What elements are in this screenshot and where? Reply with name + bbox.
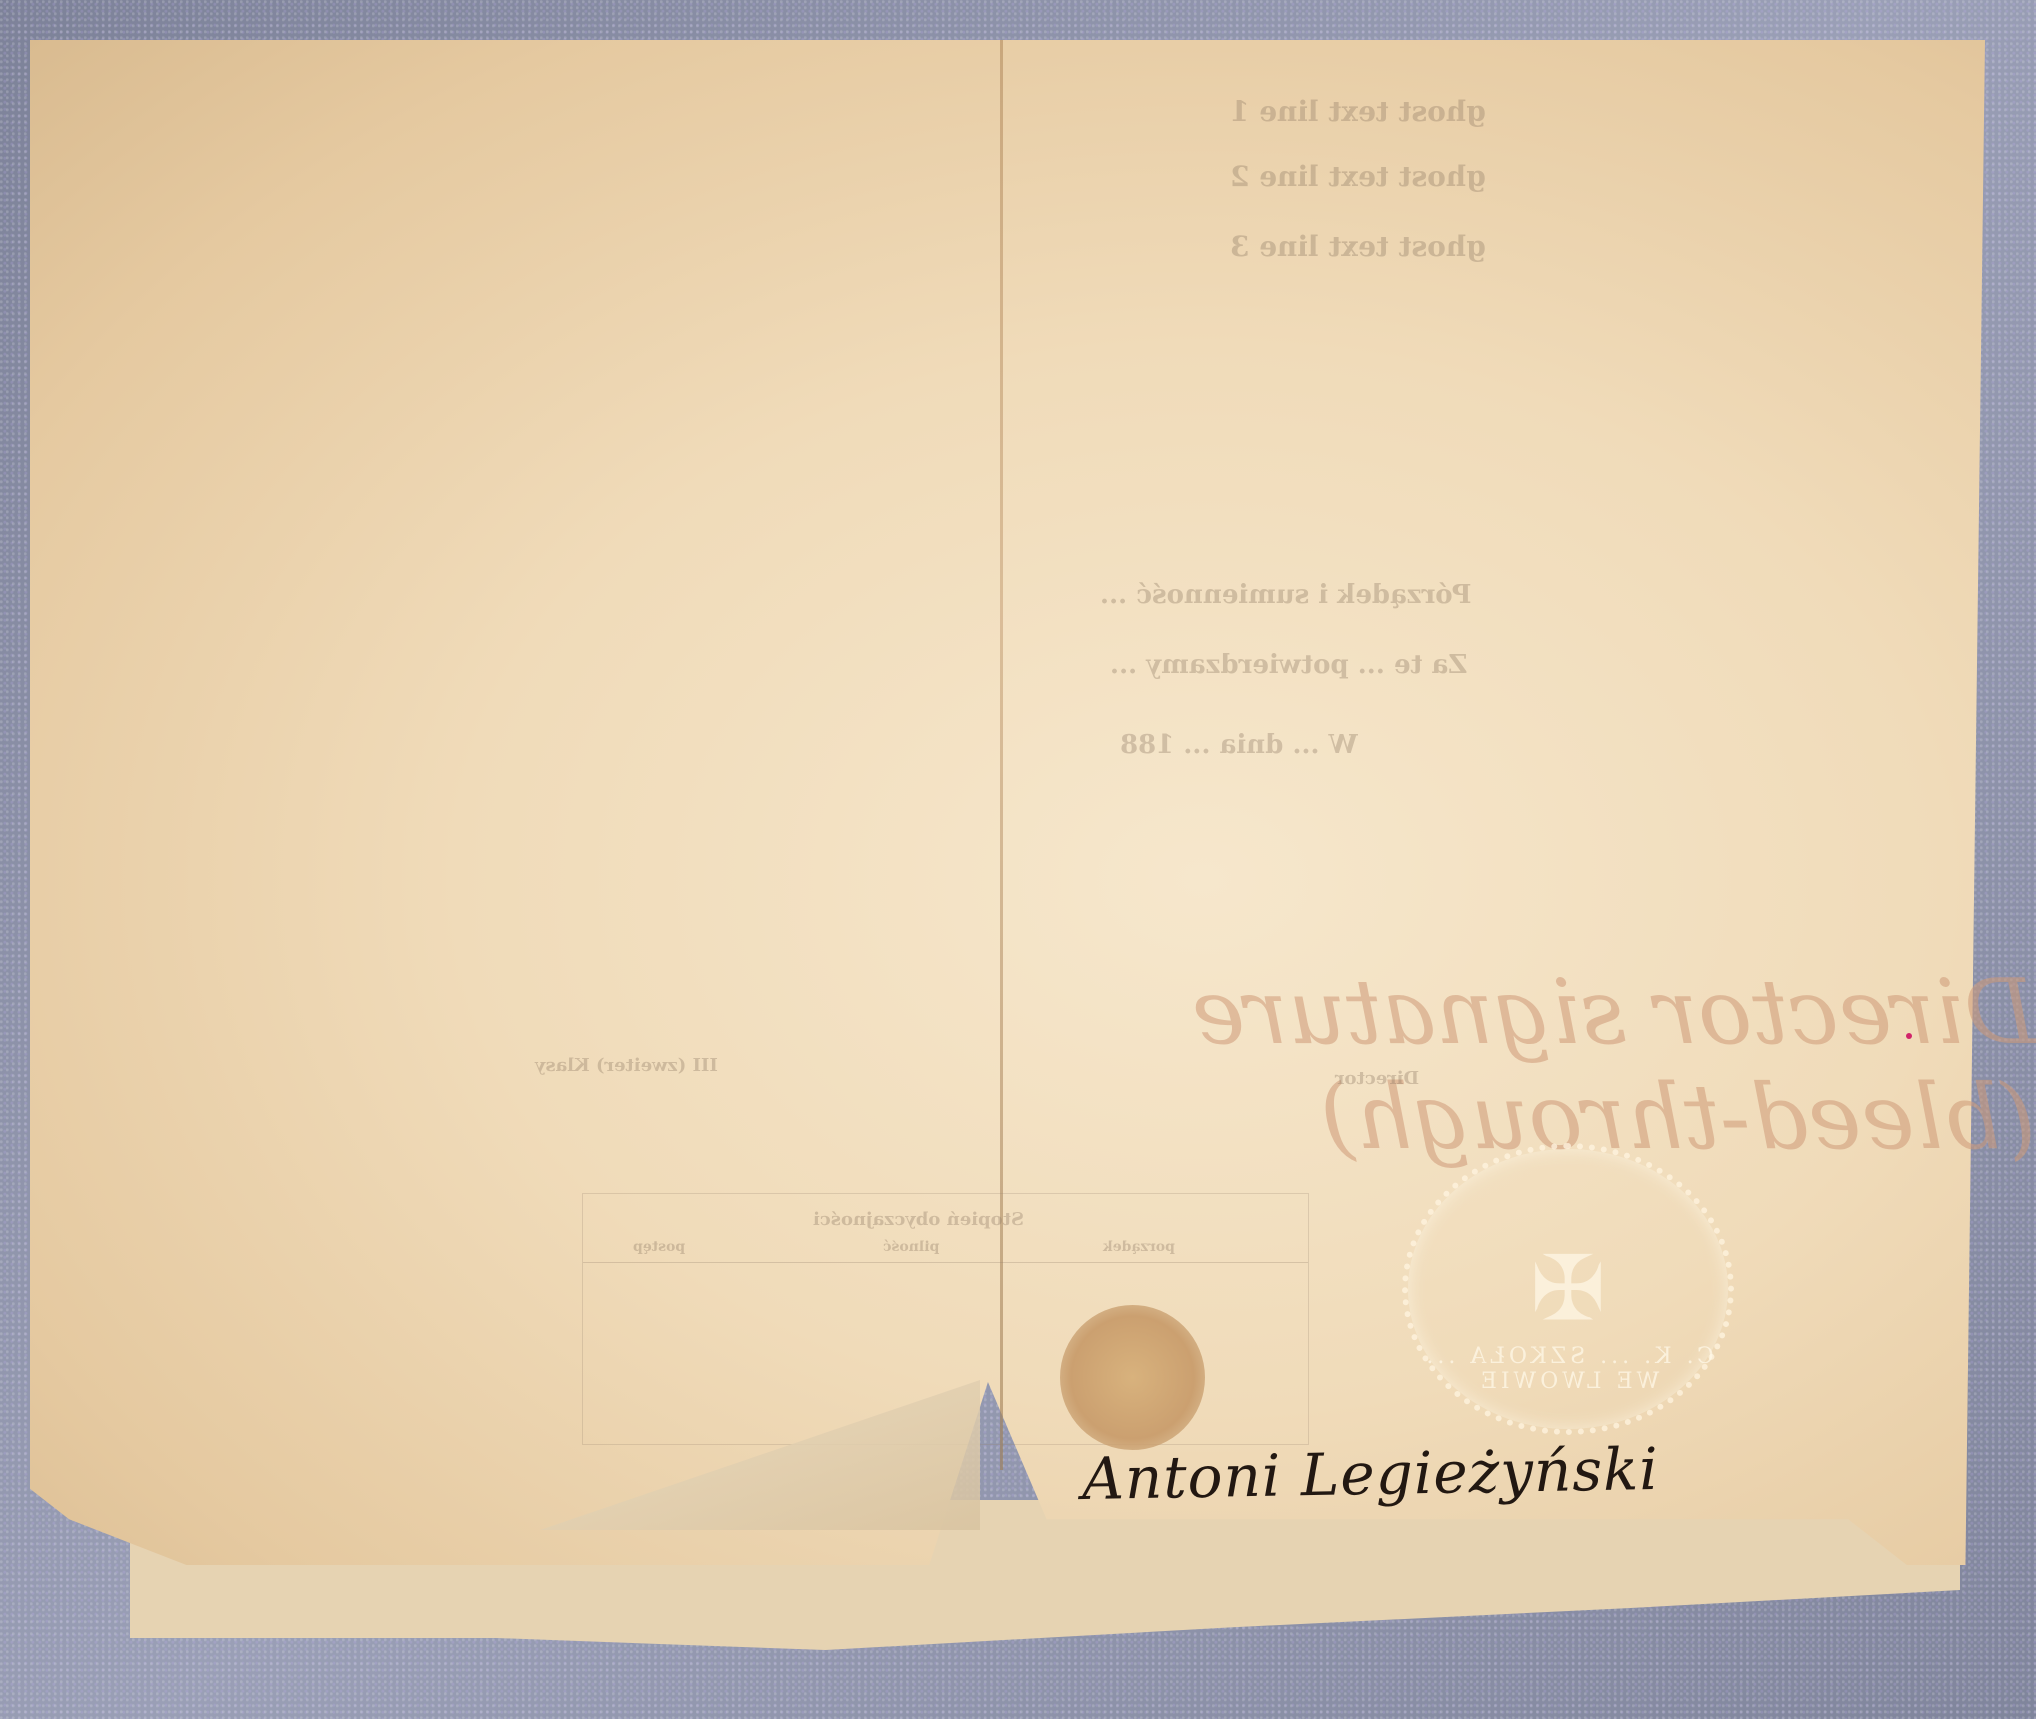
ink-dot [1906, 1033, 1912, 1039]
ghost-header-line-2: ghost text line 2 [1230, 160, 1486, 193]
ghost-director-label: Director [1335, 1068, 1419, 1089]
ghost-header-line-1: ghost text line 1 [1230, 95, 1486, 128]
director-signature: Director signature (bleed-through) [1100, 960, 2036, 1170]
ghost-body-line-3: W ... dnia ... 188 [1120, 730, 1358, 760]
double-headed-eagle-icon: ✠ [1530, 1237, 1605, 1342]
ghost-class-label: III (zweiter) Klasy [535, 1055, 718, 1076]
ghost-col-3: porządek [1103, 1239, 1175, 1255]
ghost-table-header: Stopień obyczajności [813, 1209, 1024, 1230]
ghost-col-1: postęp [633, 1239, 685, 1255]
handwritten-signature: Antoni Legieżyński [1081, 1435, 1659, 1513]
ghost-body-line-2: Za te ... potwierdzamy ... [1110, 650, 1467, 680]
ghost-body-line-1: Pórządek i sumienność ... [1100, 580, 1472, 610]
embossed-seal: ✠ C. K. ... SZKOŁA ... WE LWOWIE [1402, 1143, 1734, 1435]
ghost-header-line-3: ghost text line 3 [1230, 230, 1486, 263]
water-stain [1060, 1305, 1205, 1450]
table-divider [583, 1262, 1308, 1263]
ghost-col-2: pilność [883, 1239, 939, 1255]
seal-ring-text: C. K. ... SZKOŁA ... WE LWOWIE [1408, 1344, 1728, 1394]
